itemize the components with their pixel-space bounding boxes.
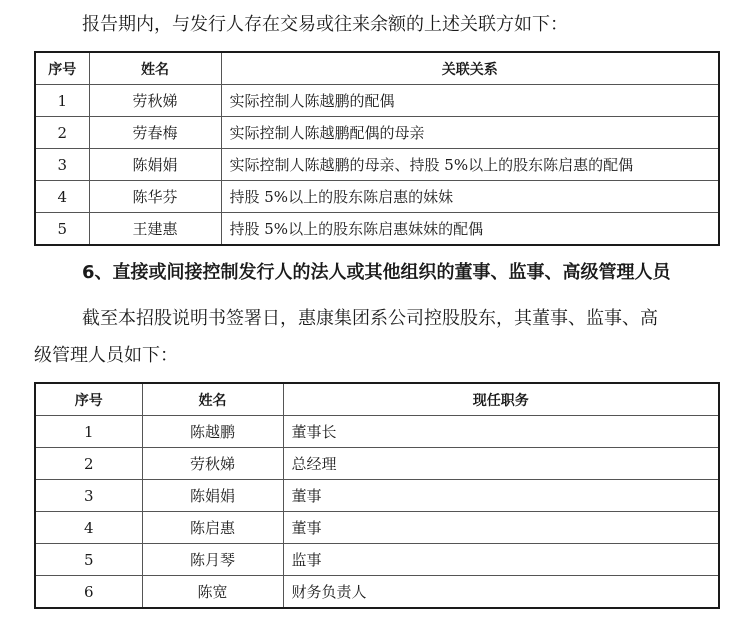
cell-name: 劳秋娣 — [89, 85, 221, 117]
column-header-relation: 关联关系 — [221, 52, 719, 85]
section-heading: 6、直接或间接控制发行人的法人或其他组织的董事、监事、高级管理人员 — [82, 262, 671, 284]
cell-index: 3 — [35, 149, 89, 181]
cell-index: 4 — [35, 512, 142, 544]
cell-relation: 实际控制人陈越鹏的配偶 — [221, 85, 719, 117]
cell-name: 劳春梅 — [89, 117, 221, 149]
cell-index: 6 — [35, 576, 142, 609]
cell-relation: 实际控制人陈越鹏配偶的母亲 — [221, 117, 719, 149]
cell-position: 监事 — [283, 544, 719, 576]
table-row: 1 劳秋娣 实际控制人陈越鹏的配偶 — [35, 85, 719, 117]
table-row: 3 陈娟娟 实际控制人陈越鹏的母亲、持股 5%以上的股东陈启惠的配偶 — [35, 149, 719, 181]
cell-name: 劳秋娣 — [142, 448, 283, 480]
table-row: 4 陈华芬 持股 5%以上的股东陈启惠的妹妹 — [35, 181, 719, 213]
table-row: 5 陈月琴 监事 — [35, 544, 719, 576]
table-row: 2 劳秋娣 总经理 — [35, 448, 719, 480]
cell-name: 陈娟娟 — [89, 149, 221, 181]
column-header-index: 序号 — [35, 52, 89, 85]
table-row: 2 劳春梅 实际控制人陈越鹏配偶的母亲 — [35, 117, 719, 149]
cell-position: 总经理 — [283, 448, 719, 480]
cell-name: 陈启惠 — [142, 512, 283, 544]
table-row: 4 陈启惠 董事 — [35, 512, 719, 544]
column-header-index: 序号 — [35, 383, 142, 416]
cell-name: 陈宽 — [142, 576, 283, 609]
cell-relation: 实际控制人陈越鹏的母亲、持股 5%以上的股东陈启惠的配偶 — [221, 149, 719, 181]
cell-index: 2 — [35, 448, 142, 480]
cell-relation: 持股 5%以上的股东陈启惠妹妹的配偶 — [221, 213, 719, 246]
management-table: 序号 姓名 现任职务 1 陈越鹏 董事长 2 劳秋娣 总经理 3 陈娟娟 董事 … — [34, 382, 720, 609]
cell-position: 董事长 — [283, 416, 719, 448]
related-parties-table: 序号 姓名 关联关系 1 劳秋娣 实际控制人陈越鹏的配偶 2 劳春梅 实际控制人… — [34, 51, 720, 246]
cell-name: 陈娟娟 — [142, 480, 283, 512]
cell-index: 5 — [35, 544, 142, 576]
table-header-row: 序号 姓名 现任职务 — [35, 383, 719, 416]
cell-index: 1 — [35, 416, 142, 448]
table-row: 6 陈宽 财务负责人 — [35, 576, 719, 609]
cell-relation: 持股 5%以上的股东陈启惠的妹妹 — [221, 181, 719, 213]
column-header-name: 姓名 — [89, 52, 221, 85]
intro-paragraph-2-line-1: 截至本招股说明书签署日，惠康集团系公司控股股东，其董事、监事、高 — [82, 308, 658, 330]
table-row: 3 陈娟娟 董事 — [35, 480, 719, 512]
cell-position: 董事 — [283, 512, 719, 544]
table-header-row: 序号 姓名 关联关系 — [35, 52, 719, 85]
cell-index: 5 — [35, 213, 89, 246]
column-header-name: 姓名 — [142, 383, 283, 416]
cell-position: 董事 — [283, 480, 719, 512]
cell-name: 王建惠 — [89, 213, 221, 246]
cell-name: 陈华芬 — [89, 181, 221, 213]
cell-index: 1 — [35, 85, 89, 117]
cell-index: 4 — [35, 181, 89, 213]
table-row: 1 陈越鹏 董事长 — [35, 416, 719, 448]
table-row: 5 王建惠 持股 5%以上的股东陈启惠妹妹的配偶 — [35, 213, 719, 246]
cell-name: 陈月琴 — [142, 544, 283, 576]
cell-position: 财务负责人 — [283, 576, 719, 609]
cell-index: 2 — [35, 117, 89, 149]
cell-index: 3 — [35, 480, 142, 512]
intro-paragraph-2-line-2: 级管理人员如下： — [34, 345, 178, 367]
cell-name: 陈越鹏 — [142, 416, 283, 448]
column-header-position: 现任职务 — [283, 383, 719, 416]
intro-paragraph-1: 报告期内，与发行人存在交易或往来余额的上述关联方如下： — [82, 14, 568, 36]
